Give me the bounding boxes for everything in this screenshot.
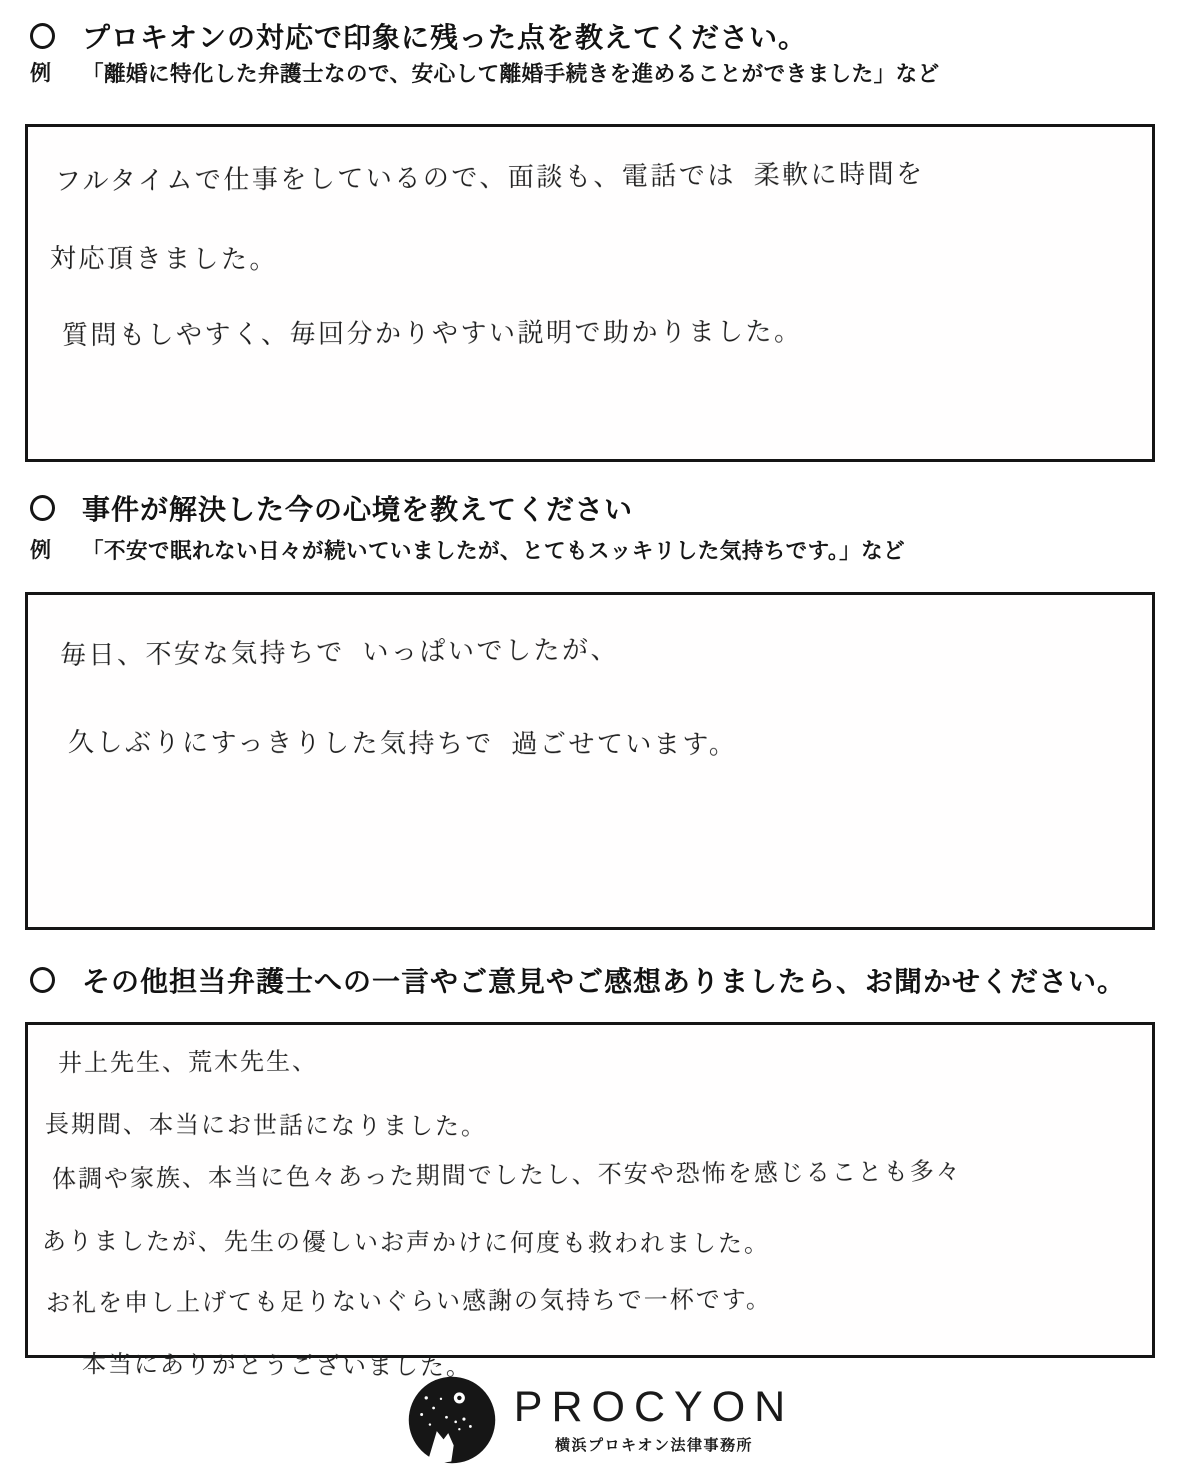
handwritten-line: 井上先生、荒木先生、 [58, 1035, 1152, 1078]
handwritten-line: お礼を申し上げても足りないぐらい感謝の気持ちで一杯です。 [46, 1277, 1152, 1318]
answer-box-feelings: 毎日、不安な気持ちで いっぱいでしたが、 久しぶりにすっきりした気持ちで 過ごせ… [25, 592, 1155, 930]
footer-logo-block: PROCYON 横浜プロキオン法律事務所 [0, 1374, 1200, 1466]
question-text: 事件が解決した今の心境を教えてください [82, 488, 633, 528]
example-text: 「離婚に特化した弁護士なので、安心して離婚手続きを進めることができました」など [82, 57, 940, 88]
handwritten-line: 毎日、不安な気持ちで いっぱいでしたが、 [60, 624, 1152, 672]
question-text: その他担当弁護士への一言やご意見やご感想ありましたら、お聞かせください。 [82, 960, 1126, 1000]
logo-text-column: PROCYON 横浜プロキオン法律事務所 [514, 1385, 794, 1455]
questionnaire-scan-page: プロキオンの対応で印象に残った点を教えてください。 例 「離婚に特化した弁護士な… [0, 0, 1200, 1476]
handwritten-line: ありましたが、先生の優しいお声かけに何度も救われました。 [42, 1221, 1152, 1260]
question-bullet-circle-icon [30, 23, 55, 49]
example-text: 「不安で眠れない日々が続いていましたが、とてもスッキリした気持ちです。」など [82, 534, 905, 565]
answer-box-message: 井上先生、荒木先生、 長期間、本当にお世話になりました。 体調や家族、本当に色々… [25, 1022, 1155, 1358]
logo-wordmark: PROCYON [514, 1385, 794, 1430]
procyon-night-sky-logo-icon [406, 1374, 498, 1466]
question-row-impression: プロキオンの対応で印象に残った点を教えてください。 [30, 16, 807, 56]
logo-subtext: 横浜プロキオン法律事務所 [555, 1434, 753, 1455]
question-bullet-circle-icon [30, 495, 55, 521]
question-text: プロキオンの対応で印象に残った点を教えてください。 [82, 16, 807, 56]
handwritten-line: 質問もしやすく、毎回分かりやすい説明で助かりました。 [62, 309, 1152, 352]
handwritten-line: 久しぶりにすっきりした気持ちで 過ごせています。 [68, 722, 1152, 763]
handwritten-line: 長期間、本当にお世話になりました。 [45, 1104, 1152, 1145]
question-bullet-circle-icon [30, 967, 55, 993]
question-row-feelings: 事件が解決した今の心境を教えてください [30, 488, 633, 528]
handwritten-line: 体調や家族、本当に色々あった期間でしたし、不安や恐怖を感じることも多々 [52, 1149, 1152, 1194]
answer-box-impression: フルタイムで仕事をしているので、面談も、電話では 柔軟に時間を 対応頂きました。… [25, 124, 1155, 462]
question-row-message: その他担当弁護士への一言やご意見やご感想ありましたら、お聞かせください。 [30, 960, 1126, 1000]
handwritten-line: 対応頂きました。 [50, 238, 1152, 281]
example-row: 例 「不安で眠れない日々が続いていましたが、とてもスッキリした気持ちです。」など [30, 534, 905, 565]
handwritten-line: フルタイムで仕事をしているので、面談も、電話では 柔軟に時間を [55, 151, 1152, 198]
example-row: 例 「離婚に特化した弁護士なので、安心して離婚手続きを進めることができました」な… [30, 57, 940, 88]
example-label: 例 [30, 534, 51, 564]
example-label: 例 [30, 57, 51, 87]
